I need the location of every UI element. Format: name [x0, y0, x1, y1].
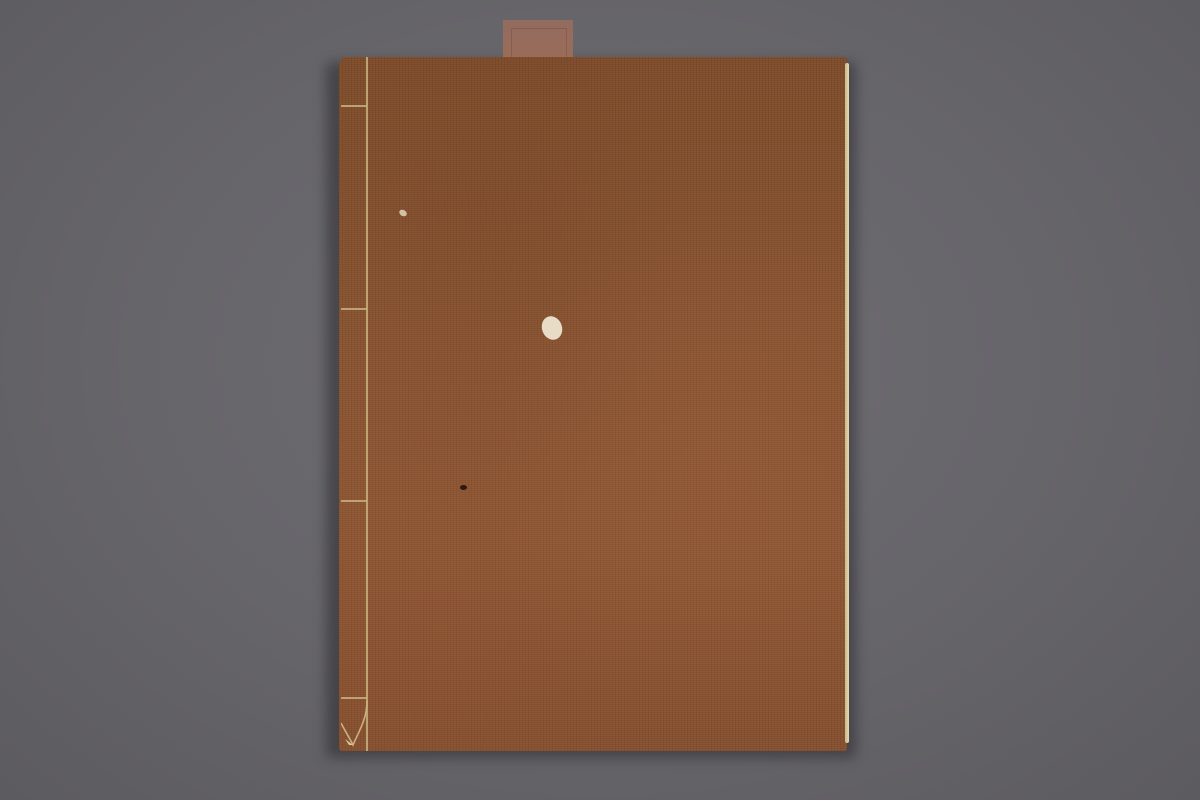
binding-stitch [341, 105, 367, 107]
binding-stitch [341, 697, 367, 699]
page-edge [845, 63, 849, 743]
binding-stitch [341, 500, 367, 502]
worn-spot [538, 313, 565, 342]
binding-thread-vertical [366, 57, 368, 751]
small-mark [398, 208, 408, 217]
book-cover [339, 57, 847, 751]
binding-stitch [341, 308, 367, 310]
small-hole [460, 485, 467, 490]
corner-binding-icon [341, 701, 369, 747]
